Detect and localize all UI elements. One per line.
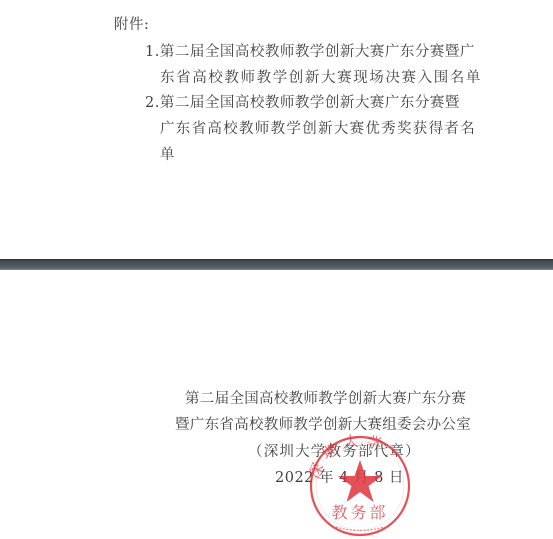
signature-seal-note: （深圳大学教务部代章） bbox=[248, 443, 421, 461]
attachment-item-2-line-3: 单 bbox=[160, 146, 175, 164]
attachment-item-2-line-2: 广东省高校教师教学创新大赛优秀奖获得者名 bbox=[160, 120, 476, 138]
attachment-item-2-line-1: 2.第二届全国高校教师教学创新大赛广东分赛暨 bbox=[145, 94, 460, 112]
signature-organization-line-1: 第二届全国高校教师教学创新大赛广东分赛 bbox=[185, 390, 466, 408]
attachment-item-1-line-2: 东省高校教师教学创新大赛现场决赛入围名单 bbox=[160, 69, 482, 87]
document-page-top: 附件: 1.第二届全国高校教师教学创新大赛广东分赛暨广 东省高校教师教学创新大赛… bbox=[0, 0, 553, 259]
signature-date: 2022 年 4 月 8 日 bbox=[275, 469, 404, 487]
signature-organization-line-2: 暨广东省高校教师教学创新大赛组委会办公室 bbox=[175, 416, 471, 434]
page-break-divider bbox=[0, 259, 553, 270]
attachment-label: 附件: bbox=[114, 16, 149, 34]
attachment-item-1-line-1: 1.第二届全国高校教师教学创新大赛广东分赛暨广 bbox=[145, 43, 475, 61]
